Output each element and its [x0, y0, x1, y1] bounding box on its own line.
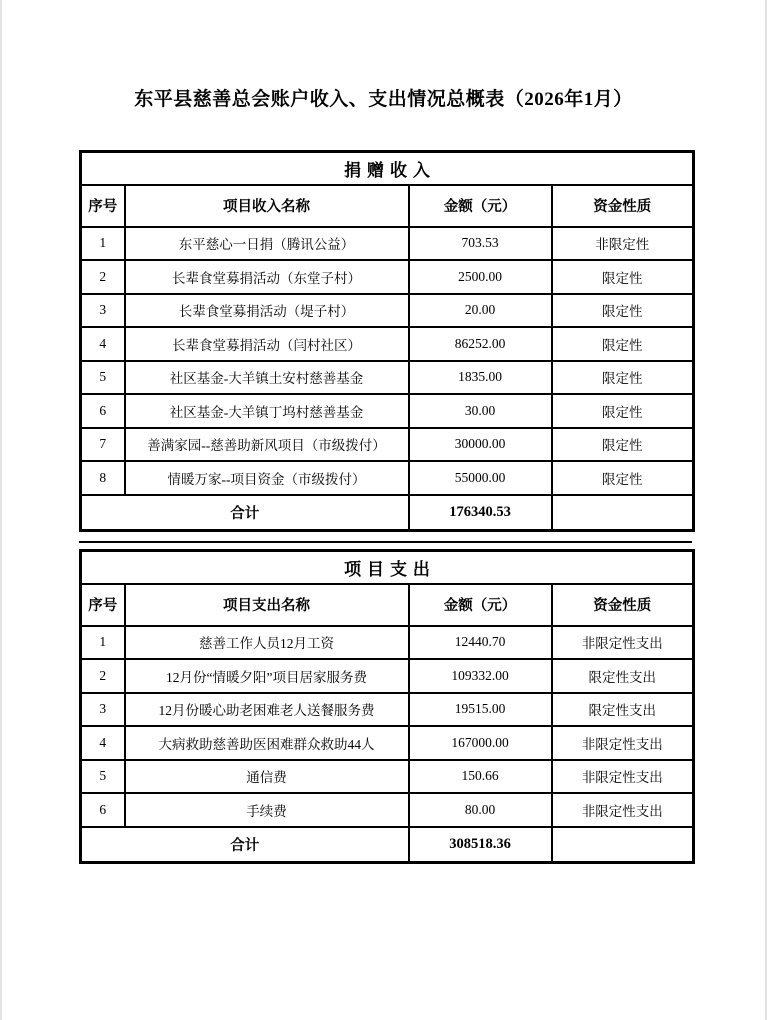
- table-row: 4大病救助慈善助医困难群众救助44人167000.00非限定性支出: [81, 726, 694, 760]
- fund-nature-cell: 限定性: [552, 260, 694, 294]
- amount-cell: 167000.00: [409, 726, 552, 760]
- fund-nature-cell: 非限定性支出: [552, 760, 694, 794]
- amount-cell: 109332.00: [409, 659, 552, 693]
- fund-nature-cell: 限定性: [552, 327, 694, 361]
- amount-cell: 703.53: [409, 227, 552, 261]
- total-amount: 176340.53: [409, 495, 552, 531]
- row-index-cell: 6: [81, 793, 125, 827]
- fund-nature-cell: 限定性: [552, 294, 694, 328]
- fund-nature-cell: 限定性: [552, 394, 694, 428]
- col-header-item-name: 项目支出名称: [125, 584, 409, 626]
- fund-nature-cell: 限定性: [552, 361, 694, 395]
- amount-cell: 12440.70: [409, 626, 552, 660]
- total-nature-empty: [552, 495, 694, 531]
- expense-section-header-row: 项目支出: [81, 550, 694, 584]
- row-index-cell: 3: [81, 294, 125, 328]
- table-row: 5通信费150.66非限定性支出: [81, 760, 694, 794]
- row-index-cell: 3: [81, 693, 125, 727]
- amount-cell: 19515.00: [409, 693, 552, 727]
- expense-total-row: 合计 308518.36: [81, 827, 694, 863]
- income-total-row: 合计 176340.53: [81, 495, 694, 531]
- fund-nature-cell: 限定性支出: [552, 693, 694, 727]
- item-name-cell: 情暖万家--项目资金（市级拨付）: [125, 461, 409, 495]
- row-index-cell: 4: [81, 726, 125, 760]
- fund-nature-cell: 非限定性支出: [552, 626, 694, 660]
- item-name-cell: 12月份暖心助老困难老人送餐服务费: [125, 693, 409, 727]
- item-name-cell: 社区基金-大羊镇土安村慈善基金: [125, 361, 409, 395]
- table-row: 3长辈食堂募捐活动（堤子村）20.00限定性: [81, 294, 694, 328]
- row-index-cell: 5: [81, 760, 125, 794]
- row-index-cell: 2: [81, 659, 125, 693]
- fund-nature-cell: 非限定性: [552, 227, 694, 261]
- income-section-title: 捐赠收入: [81, 151, 694, 185]
- row-index-cell: 7: [81, 428, 125, 462]
- total-label: 合计: [81, 495, 409, 531]
- item-name-cell: 社区基金-大羊镇丁坞村慈善基金: [125, 394, 409, 428]
- item-name-cell: 慈善工作人员12月工资: [125, 626, 409, 660]
- col-header-fund-nature: 资金性质: [552, 584, 694, 626]
- tables-container: 捐赠收入 序号 项目收入名称 金额（元） 资金性质 1东平慈心一日捐（腾讯公益）…: [79, 150, 692, 864]
- income-section-header-row: 捐赠收入: [81, 151, 694, 185]
- item-name-cell: 长辈食堂募捐活动（东堂子村）: [125, 260, 409, 294]
- amount-cell: 150.66: [409, 760, 552, 794]
- row-index-cell: 2: [81, 260, 125, 294]
- col-header-index: 序号: [81, 185, 125, 227]
- table-row: 7善满家园--慈善助新风项目（市级拨付）30000.00限定性: [81, 428, 694, 462]
- fund-nature-cell: 非限定性支出: [552, 793, 694, 827]
- page-title: 东平县慈善总会账户收入、支出情况总概表（2026年1月）: [2, 0, 765, 113]
- expense-section-title: 项目支出: [81, 550, 694, 584]
- row-index-cell: 4: [81, 327, 125, 361]
- amount-cell: 1835.00: [409, 361, 552, 395]
- amount-cell: 80.00: [409, 793, 552, 827]
- row-index-cell: 1: [81, 626, 125, 660]
- fund-nature-cell: 限定性: [552, 428, 694, 462]
- item-name-cell: 东平慈心一日捐（腾讯公益）: [125, 227, 409, 261]
- total-label: 合计: [81, 827, 409, 863]
- row-index-cell: 5: [81, 361, 125, 395]
- table-row: 5社区基金-大羊镇土安村慈善基金1835.00限定性: [81, 361, 694, 395]
- item-name-cell: 善满家园--慈善助新风项目（市级拨付）: [125, 428, 409, 462]
- col-header-amount: 金额（元）: [409, 584, 552, 626]
- amount-cell: 30.00: [409, 394, 552, 428]
- table-row: 4长辈食堂募捐活动（闫村社区）86252.00限定性: [81, 327, 694, 361]
- item-name-cell: 通信费: [125, 760, 409, 794]
- row-index-cell: 6: [81, 394, 125, 428]
- income-column-header-row: 序号 项目收入名称 金额（元） 资金性质: [81, 185, 694, 227]
- row-index-cell: 8: [81, 461, 125, 495]
- amount-cell: 86252.00: [409, 327, 552, 361]
- table-row: 1慈善工作人员12月工资12440.70非限定性支出: [81, 626, 694, 660]
- expense-table: 项目支出 序号 项目支出名称 金额（元） 资金性质 1慈善工作人员12月工资12…: [79, 549, 695, 864]
- col-header-index: 序号: [81, 584, 125, 626]
- table-divider: [79, 541, 692, 549]
- table-row: 212月份“情暖夕阳”项目居家服务费109332.00限定性支出: [81, 659, 694, 693]
- amount-cell: 30000.00: [409, 428, 552, 462]
- income-table: 捐赠收入 序号 项目收入名称 金额（元） 资金性质 1东平慈心一日捐（腾讯公益）…: [79, 150, 695, 532]
- row-index-cell: 1: [81, 227, 125, 261]
- total-nature-empty: [552, 827, 694, 863]
- amount-cell: 2500.00: [409, 260, 552, 294]
- document-page: 东平县慈善总会账户收入、支出情况总概表（2026年1月） 捐赠收入 序号 项目收…: [0, 0, 767, 1020]
- amount-cell: 20.00: [409, 294, 552, 328]
- table-row: 6手续费80.00非限定性支出: [81, 793, 694, 827]
- table-row: 312月份暖心助老困难老人送餐服务费19515.00限定性支出: [81, 693, 694, 727]
- item-name-cell: 手续费: [125, 793, 409, 827]
- item-name-cell: 长辈食堂募捐活动（堤子村）: [125, 294, 409, 328]
- table-row: 6社区基金-大羊镇丁坞村慈善基金30.00限定性: [81, 394, 694, 428]
- col-header-item-name: 项目收入名称: [125, 185, 409, 227]
- fund-nature-cell: 限定性: [552, 461, 694, 495]
- item-name-cell: 12月份“情暖夕阳”项目居家服务费: [125, 659, 409, 693]
- expense-column-header-row: 序号 项目支出名称 金额（元） 资金性质: [81, 584, 694, 626]
- item-name-cell: 大病救助慈善助医困难群众救助44人: [125, 726, 409, 760]
- table-row: 8情暖万家--项目资金（市级拨付）55000.00限定性: [81, 461, 694, 495]
- item-name-cell: 长辈食堂募捐活动（闫村社区）: [125, 327, 409, 361]
- col-header-fund-nature: 资金性质: [552, 185, 694, 227]
- table-row: 1东平慈心一日捐（腾讯公益）703.53非限定性: [81, 227, 694, 261]
- col-header-amount: 金额（元）: [409, 185, 552, 227]
- amount-cell: 55000.00: [409, 461, 552, 495]
- total-amount: 308518.36: [409, 827, 552, 863]
- fund-nature-cell: 限定性支出: [552, 659, 694, 693]
- table-row: 2长辈食堂募捐活动（东堂子村）2500.00限定性: [81, 260, 694, 294]
- fund-nature-cell: 非限定性支出: [552, 726, 694, 760]
